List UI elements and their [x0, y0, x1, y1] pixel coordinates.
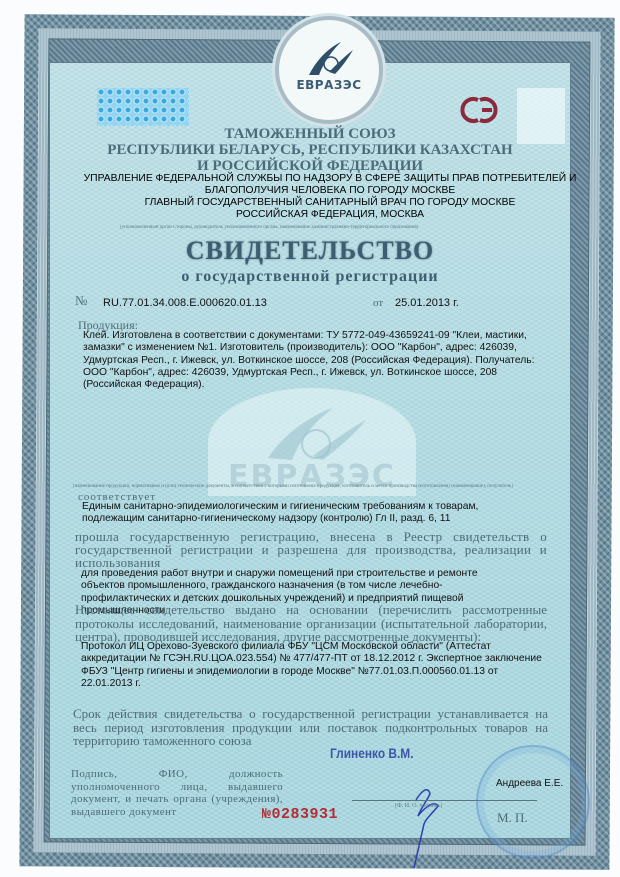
- evrazes-emblem: ЕВРАЗЭС: [275, 16, 383, 124]
- document-subtitle: о государственной регистрации: [0, 268, 620, 286]
- handwritten-signature-icon: [400, 770, 460, 870]
- document-title: СВИДЕТЕЛЬСТВО: [0, 236, 620, 266]
- basis-documents: Протокол ИЦ Орехово-Зуевского филиала ФБ…: [81, 641, 551, 690]
- authority-line-2: БЛАГОПОЛУЧИЯ ЧЕЛОВЕКА ПО ГОРОДУ МОСКВЕ: [20, 185, 620, 196]
- number-label: №: [75, 293, 87, 309]
- registration-number: RU.77.01.34.008.E.000620.01.13: [103, 297, 267, 309]
- product-description: Клей. Изготовлена в соответствии с докум…: [83, 330, 548, 391]
- date-label: от: [373, 297, 383, 309]
- validity-statement: Срок действия свидетельства о государств…: [73, 707, 548, 748]
- basis-statement: Настоящее свидетельство выдано на основа…: [75, 603, 547, 644]
- signature-label: Подпись, ФИО, должность уполномоченного …: [71, 768, 283, 818]
- registration-date: 25.01.2013 г.: [395, 297, 459, 309]
- conformity-requirements: Единым санитарно-эпидемиологическим и ги…: [82, 501, 522, 526]
- seal-place-label: М. П.: [497, 810, 528, 826]
- fio-caption: (Ф. И. О. подпись): [395, 803, 442, 809]
- authority-caption: (уполномоченный орган Стороны, руководит…: [120, 225, 520, 230]
- registration-statement: прошла государственную регистрацию, внес…: [75, 530, 547, 569]
- hologram-sticker: [97, 88, 189, 126]
- form-serial-number: №0283931: [262, 806, 338, 823]
- executor-name: Андреева Е.Е.: [496, 778, 563, 790]
- emblem-label: ЕВРАЗЭС: [279, 78, 379, 92]
- signer-stamp: Глиненко В.М.: [330, 745, 414, 761]
- evrazes-watermark: ЕВРАЗЭС: [208, 388, 416, 496]
- union-title: ТАМОЖЕННЫЙ СОЮЗ: [0, 126, 620, 143]
- authority-line-3: ГЛАВНЫЙ ГОСУДАРСТВЕННЫЙ САНИТАРНЫЙ ВРАЧ …: [20, 197, 620, 208]
- authority-line-4: РОССИЙСКАЯ ФЕДЕРАЦИЯ, МОСКВА: [20, 209, 620, 220]
- union-republics: РЕСПУБЛИКИ БЕЛАРУСЬ, РЕСПУБЛИКИ КАЗАХСТА…: [0, 142, 620, 159]
- authority-line-1: УПРАВЛЕНИЕ ФЕДЕРАЛЬНОЙ СЛУЖБЫ ПО НАДЗОРУ…: [20, 173, 620, 184]
- product-caption: (наименование продукции, нормативные и (…: [73, 484, 553, 489]
- emblem-icon: [279, 20, 379, 120]
- official-seal: [476, 745, 590, 859]
- conformity-mark-icon: [458, 94, 500, 126]
